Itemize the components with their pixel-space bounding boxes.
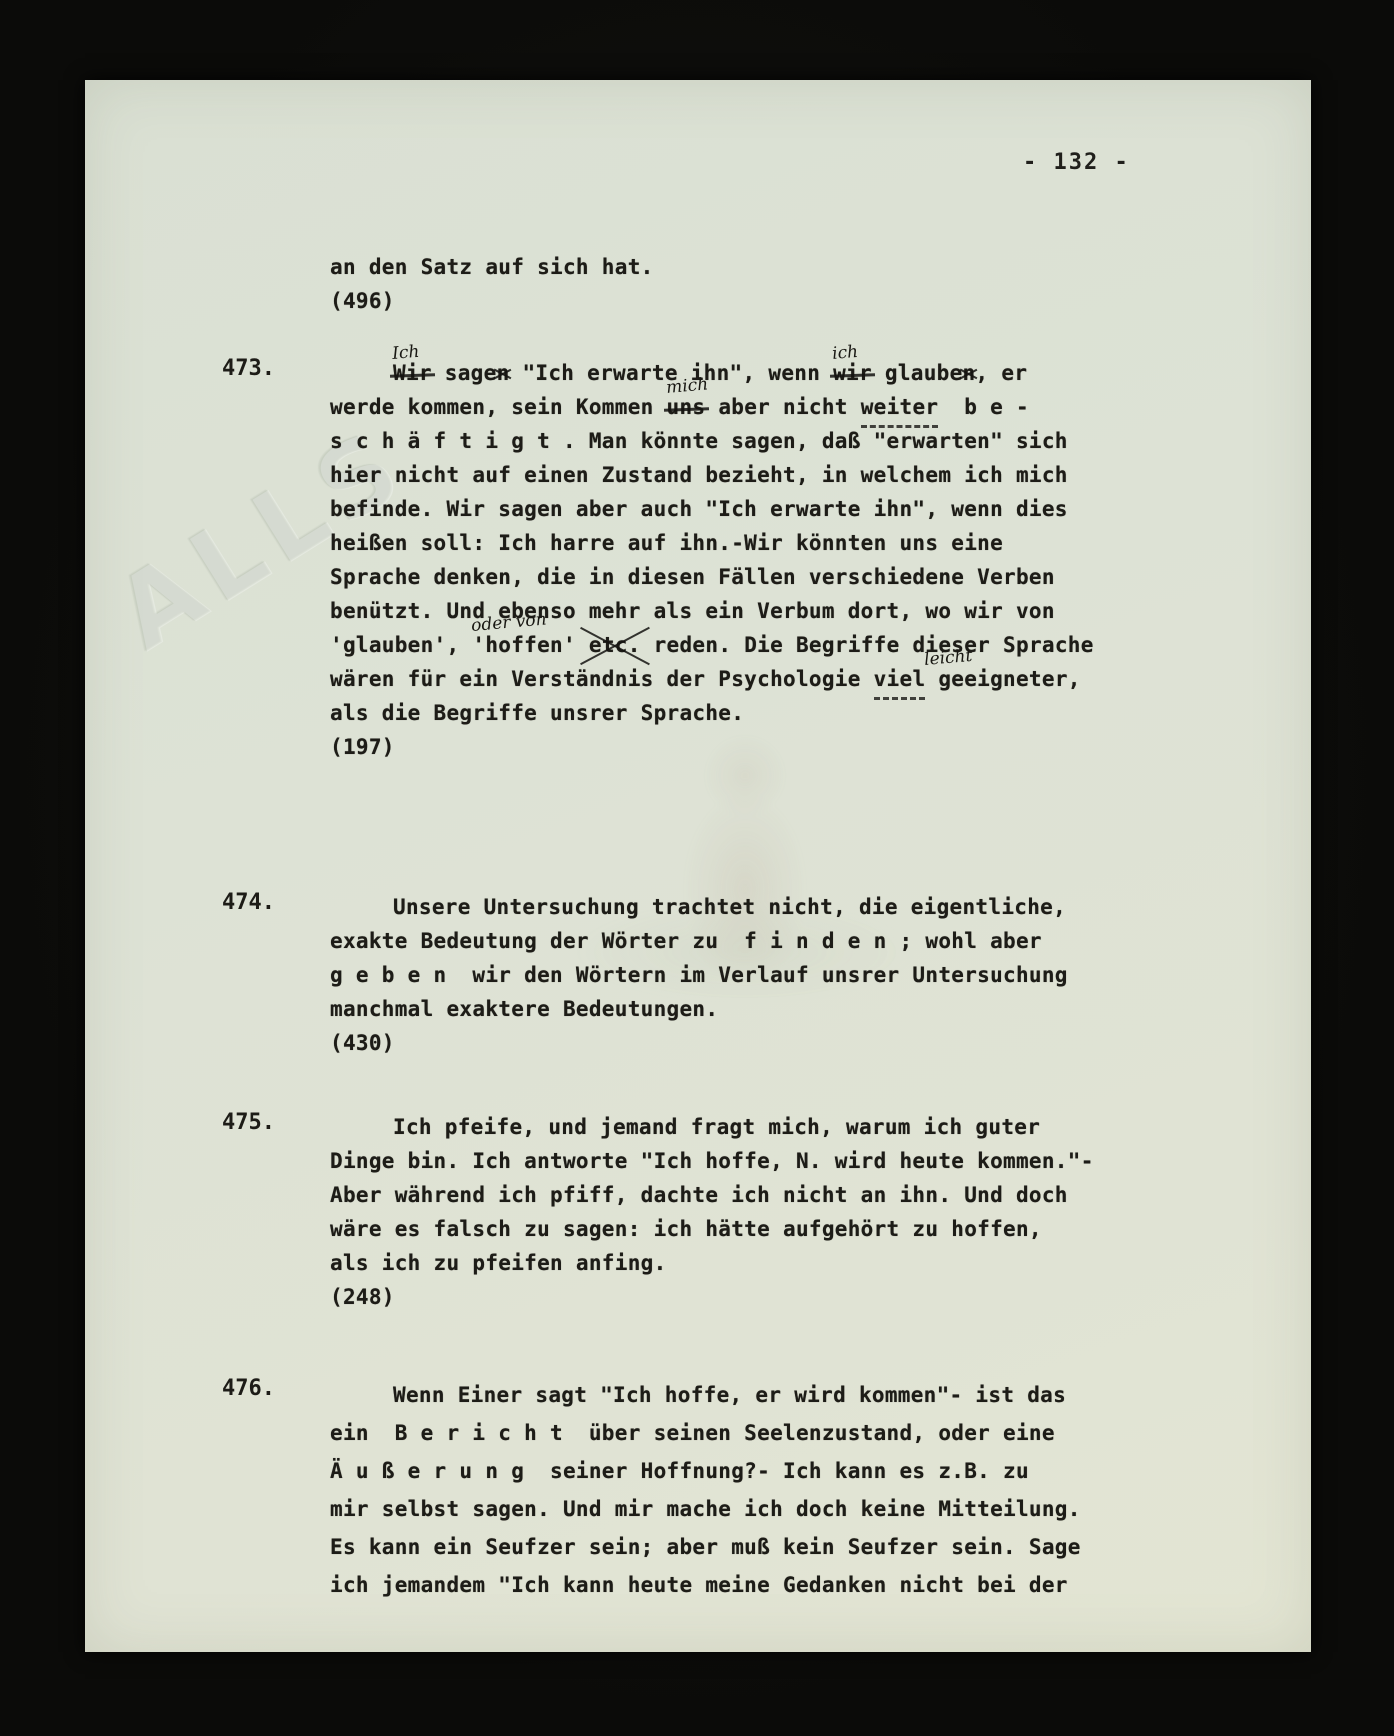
section-number: 475. — [222, 1110, 275, 1135]
text-line: Es kann ein Seufzer sein; aber muß kein … — [330, 1528, 1250, 1566]
text-line: exakte Bedeutung der Wörter zu f i n d e… — [330, 924, 1250, 958]
text-line: befinde. Wir sagen aber auch "Ich erwart… — [330, 492, 1250, 526]
text-line: Sprache denken, die in diesen Fällen ver… — [330, 560, 1250, 594]
strikethrough-text: n — [497, 356, 510, 390]
handwritten-annotation: leicht — [924, 648, 974, 669]
underlined-text: weiter — [861, 390, 939, 428]
scan-background: - 132 - ALLS an den Satz auf sich hat.(4… — [0, 0, 1394, 1736]
text-line: wären für ein Verständnis der Psychologi… — [330, 662, 1250, 696]
text-line: Unsere Untersuchung trachtet nicht, die … — [330, 890, 1250, 924]
text-line: Wenn Einer sagt "Ich hoffe, er wird komm… — [330, 1376, 1250, 1414]
text-line: (197) — [330, 730, 1250, 764]
text-line: 'glauben', 'hoffen'oder von etc. reden. … — [330, 628, 1250, 662]
handwritten-annotation: ich — [832, 344, 859, 363]
page-content: an den Satz auf sich hat.(496)473.WirIch… — [85, 80, 1311, 1652]
text-line: Dinge bin. Ich antworte "Ich hoffe, N. w… — [330, 1144, 1250, 1178]
section-number: 473. — [222, 356, 275, 381]
text-line: als ich zu pfeifen anfing. — [330, 1246, 1250, 1280]
text-line: Ich pfeife, und jemand fragt mich, warum… — [330, 1110, 1250, 1144]
text-line: (496) — [330, 284, 1250, 318]
text-line: (430) — [330, 1026, 1250, 1060]
text-line: s c h ä f t i g t . Man könnte sagen, da… — [330, 424, 1250, 458]
strikethrough-text: etc. — [589, 628, 641, 662]
text-line: werde kommen, sein Kommen unsmich aber n… — [330, 390, 1250, 424]
handwritten-annotation: Ich — [392, 344, 421, 363]
text-segment: geeigneter,leicht — [925, 662, 1080, 696]
text-line: WirIch sagen "Ich erwarte ihn", wenn wir… — [330, 356, 1250, 390]
text-line: (248) — [330, 1280, 1250, 1314]
text-line: Ä u ß e r u n g seiner Hoffnung?- Ich ka… — [330, 1452, 1250, 1490]
text-line: als die Begriffe unsrer Sprache. — [330, 696, 1250, 730]
strikethrough-text: unsmich — [667, 390, 706, 424]
page-scan: - 132 - ALLS an den Satz auf sich hat.(4… — [85, 80, 1311, 1652]
text-line: ein B e r i c h t über seinen Seelenzust… — [330, 1414, 1250, 1452]
text-line: Aber während ich pfiff, dachte ich nicht… — [330, 1178, 1250, 1212]
section-lines: Ich pfeife, und jemand fragt mich, warum… — [330, 1110, 1250, 1314]
text-line: manchmal exaktere Bedeutungen. — [330, 992, 1250, 1026]
section-lines: WirIch sagen "Ich erwarte ihn", wenn wir… — [330, 356, 1250, 764]
section-number: 474. — [222, 890, 275, 915]
text-line: wäre es falsch zu sagen: ich hätte aufge… — [330, 1212, 1250, 1246]
text-line: g e b e n wir den Wörtern im Verlauf uns… — [330, 958, 1250, 992]
strikethrough-text: n — [963, 356, 976, 390]
underlined-text: viel — [874, 662, 926, 700]
strikethrough-text: WirIch — [393, 356, 432, 390]
strikethrough-text: wirich — [833, 356, 872, 390]
handwritten-annotation: oder von — [471, 611, 548, 635]
text-segment: 'hoffen'oder von — [472, 628, 576, 662]
section-number: 476. — [222, 1376, 275, 1401]
text-line: hier nicht auf einen Zustand bezieht, in… — [330, 458, 1250, 492]
text-line: heißen soll: Ich harre auf ihn.-Wir könn… — [330, 526, 1250, 560]
handwritten-annotation: mich — [665, 376, 708, 397]
section-lines: Wenn Einer sagt "Ich hoffe, er wird komm… — [330, 1376, 1250, 1604]
section-lines: an den Satz auf sich hat.(496) — [330, 250, 1250, 318]
text-line: benützt. Und ebenso mehr als ein Verbum … — [330, 594, 1250, 628]
text-line: ich jemandem "Ich kann heute meine Gedan… — [330, 1566, 1250, 1604]
text-line: an den Satz auf sich hat. — [330, 250, 1250, 284]
text-line: mir selbst sagen. Und mir mache ich doch… — [330, 1490, 1250, 1528]
section-lines: Unsere Untersuchung trachtet nicht, die … — [330, 890, 1250, 1060]
